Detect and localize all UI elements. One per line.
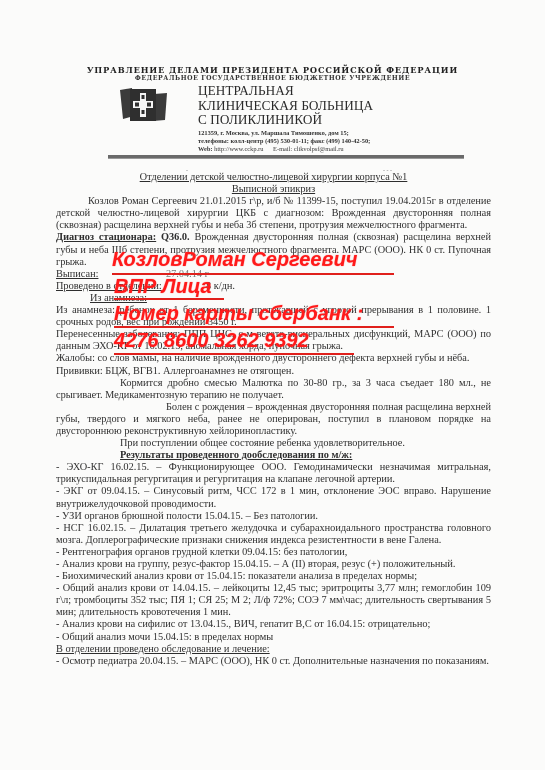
overlay-card-label: Номер карты сбербанк :	[114, 303, 363, 326]
overlay-card-number: 4276 8600 3262 9392	[114, 330, 309, 353]
hospital-logo-icon	[118, 86, 170, 124]
result-item: - ЭХО-КГ 16.02.15. – Функционирующее ООО…	[56, 462, 491, 486]
org-line-1: УПРАВЛЕНИЕ ДЕЛАМИ ПРЕЗИДЕНТА РОССИЙСКОЙ …	[0, 65, 545, 75]
phones: телефоны: колл-центр (495) 530-01-11; фа…	[198, 138, 370, 146]
result-item: - Биохимический анализ крови от 15.04.15…	[56, 571, 491, 583]
letterhead-divider	[108, 155, 464, 159]
result-item: - НСГ 16.02.15. – Дилатация третьего жел…	[56, 523, 491, 547]
result-item: - Анализ крови на группу, резус-фактор 1…	[56, 559, 491, 571]
overlay-underline	[114, 353, 354, 355]
result-item: - Рентгенография органов грудной клетки …	[56, 547, 491, 559]
email-link: clikvolpsf@mail.ru	[294, 146, 344, 153]
hospital-name: ЦЕНТРАЛЬНАЯ КЛИНИЧЕСКАЯ БОЛЬНИЦА С ПОЛИК…	[198, 84, 373, 128]
overlay-patient-name: КозловРоман Сергеевич	[112, 249, 357, 272]
website-link: http://www.cckp.ru	[214, 146, 263, 153]
scanned-document-page: УПРАВЛЕНИЕ ДЕЛАМИ ПРЕЗИДЕНТА РОССИЙСКОЙ …	[0, 0, 545, 770]
admission-state: При поступлении общее состояние ребенка …	[56, 438, 491, 450]
overlay-diagnosis: ВПР Лица	[114, 276, 211, 299]
results-heading: Результаты проведенного дообследования п…	[56, 450, 491, 462]
anamnesis-line: Прививки: БЦЖ, ВГВ1. Аллергоанамнез не о…	[56, 366, 491, 378]
feeding-paragraph: Кормится дробно смесью Малютка по 30-80 …	[56, 378, 491, 402]
result-item: - Общий анализ мочи 15.04.15: в пределах…	[56, 632, 491, 644]
treatment-heading: В отделении проведено обследование и леч…	[56, 644, 491, 656]
result-item: - УЗИ органов брюшной полости 15.04.15. …	[56, 511, 491, 523]
department-title: Отделении детской челюстно-лицевой хирур…	[56, 172, 491, 184]
address: 121359, г. Москва, ул. Маршала Тимошенко…	[198, 130, 370, 138]
overlay-underline	[114, 298, 224, 300]
document-title: Выписной эпикриз	[56, 184, 491, 196]
document-body: Отделении детской челюстно-лицевой хирур…	[56, 172, 491, 668]
hospital-contacts: 121359, г. Москва, ул. Маршала Тимошенко…	[198, 130, 370, 155]
org-line-2: ФЕДЕРАЛЬНОЕ ГОСУДАРСТВЕННОЕ БЮДЖЕТНОЕ УЧ…	[0, 75, 545, 82]
result-item: - Анализ крови на сифилис от 13.04.15., …	[56, 619, 491, 631]
result-item: - Общий анализ крови от 14.04.15. – лейк…	[56, 583, 491, 619]
anamnesis-line: Жалобы: со слов мамы, на наличие врожден…	[56, 353, 491, 365]
overlay-underline	[112, 273, 394, 275]
intro-paragraph: Козлов Роман Сергеевич 21.01.2015 г\р, и…	[56, 196, 491, 232]
overlay-underline	[114, 326, 394, 328]
result-item: - ЭКГ от 09.04.15. – Синусовый ритм, ЧСС…	[56, 486, 491, 510]
illness-paragraph: Болен с рождения – врожденная двусторонн…	[56, 402, 491, 438]
treatment-item: - Осмотр педиатра 20.04.15. – МАРС (ООО)…	[56, 656, 491, 668]
